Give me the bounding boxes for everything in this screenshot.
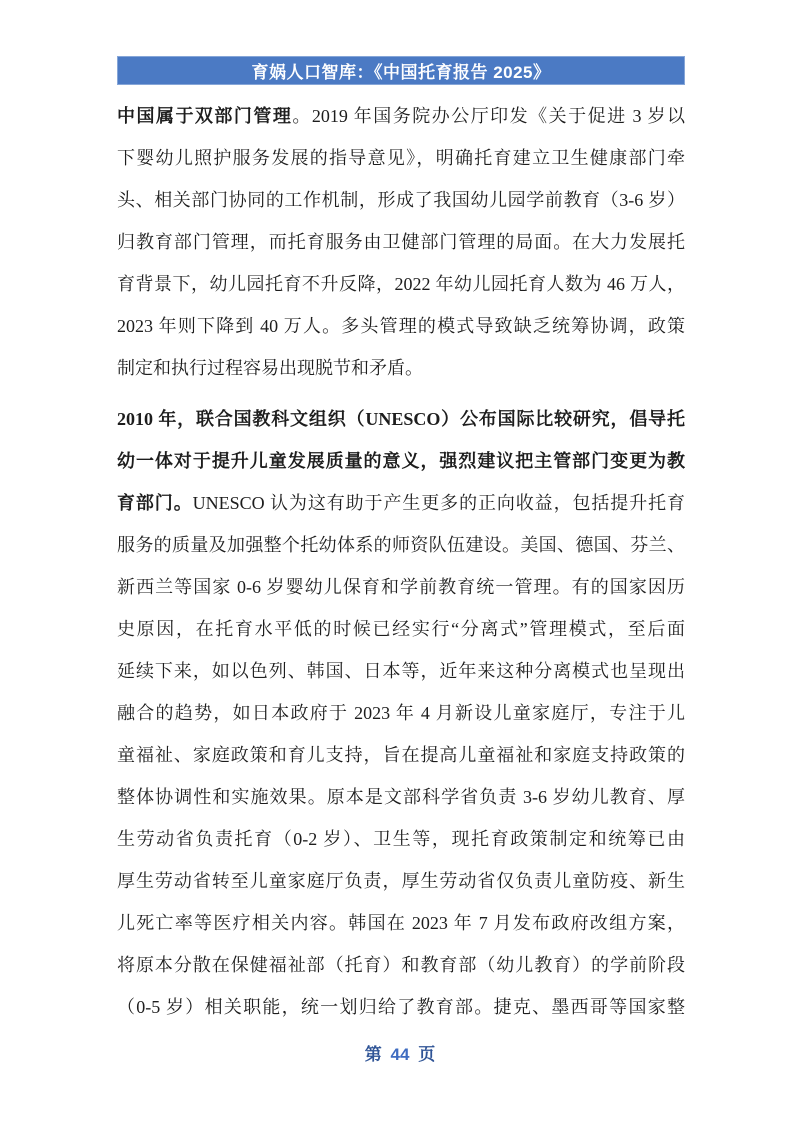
page-number: 44: [391, 1045, 410, 1064]
text-segment: 厚生劳动省转至儿童家庭厅负责，厚生劳动省仅负责儿童防疫、新生: [117, 871, 685, 891]
text-segment: 制定和执行过程容易出现脱节和矛盾。: [117, 358, 423, 378]
text-line: 将原本分散在保健福祉部（托育）和教育部（幼儿教育）的学前阶段: [117, 944, 685, 986]
text-line: 儿死亡率等医疗相关内容。韩国在 2023 年 7 月发布政府改组方案，: [117, 902, 685, 944]
text-segment: 头、相关部门协同的工作机制，形成了我国幼儿园学前教育（3-6 岁）: [117, 190, 685, 210]
paragraph: 2010 年，联合国教科文组织（UNESCO）公布国际比较研究，倡导托幼一体对于…: [117, 398, 685, 1028]
text-line: 童福祉、家庭政策和育儿支持，旨在提高儿童福祉和家庭支持政策的: [117, 734, 685, 776]
text-segment: 2023 年则下降到 40 万人。多头管理的模式导致缺乏统筹协调，政策: [117, 316, 685, 336]
bold-text-segment: 幼一体对于提升儿童发展质量的意义，强烈建议把主管部门变更为教: [117, 451, 685, 471]
text-line: 融合的趋势，如日本政府于 2023 年 4 月新设儿童家庭厅，专注于儿: [117, 692, 685, 734]
text-segment: 融合的趋势，如日本政府于 2023 年 4 月新设儿童家庭厅，专注于儿: [117, 703, 685, 723]
text-line: 头、相关部门协同的工作机制，形成了我国幼儿园学前教育（3-6 岁）: [117, 179, 685, 221]
text-segment: 下婴幼儿照护服务发展的指导意见》，明确托育建立卫生健康部门牵: [117, 148, 685, 168]
text-line: 下婴幼儿照护服务发展的指导意见》，明确托育建立卫生健康部门牵: [117, 137, 685, 179]
text-segment: 儿死亡率等医疗相关内容。韩国在 2023 年 7 月发布政府改组方案，: [117, 913, 685, 933]
text-line: 厚生劳动省转至儿童家庭厅负责，厚生劳动省仅负责儿童防疫、新生: [117, 860, 685, 902]
text-line: （0-5 岁）相关职能，统一划归给了教育部。捷克、墨西哥等国家整: [117, 986, 685, 1028]
text-line: 生劳动省负责托育（0-2 岁）、卫生等，现托育政策制定和统筹已由: [117, 818, 685, 860]
text-line: 幼一体对于提升儿童发展质量的意义，强烈建议把主管部门变更为教: [117, 440, 685, 482]
text-line: 育背景下，幼儿园托育不升反降，2022 年幼儿园托育人数为 46 万人，: [117, 263, 685, 305]
report-header-banner: 育娲人口智库：《中国托育报告 2025》: [117, 56, 685, 85]
bold-text-segment: 2010 年，联合国教科文组织（UNESCO）公布国际比较研究，倡导托: [117, 409, 685, 429]
page-number-prefix: 第: [365, 1045, 382, 1064]
text-segment: 服务的质量及加强整个托幼体系的师资队伍建设。美国、德国、芬兰、: [117, 535, 685, 555]
text-line: 史原因，在托育水平低的时候已经实行“分离式”管理模式，至后面: [117, 608, 685, 650]
text-line: 2010 年，联合国教科文组织（UNESCO）公布国际比较研究，倡导托: [117, 398, 685, 440]
text-segment: （0-5 岁）相关职能，统一划归给了教育部。捷克、墨西哥等国家整: [117, 997, 685, 1017]
text-line: 归教育部门管理，而托育服务由卫健部门管理的局面。在大力发展托: [117, 221, 685, 263]
text-segment: 童福祉、家庭政策和育儿支持，旨在提高儿童福祉和家庭支持政策的: [117, 745, 685, 765]
text-line: 新西兰等国家 0-6 岁婴幼儿保育和学前教育统一管理。有的国家因历: [117, 566, 685, 608]
text-segment: 史原因，在托育水平低的时候已经实行“分离式”管理模式，至后面: [117, 619, 685, 639]
bold-text-segment: 育部门。: [117, 493, 193, 513]
text-segment: 将原本分散在保健福祉部（托育）和教育部（幼儿教育）的学前阶段: [117, 955, 685, 975]
text-segment: 新西兰等国家 0-6 岁婴幼儿保育和学前教育统一管理。有的国家因历: [117, 577, 685, 597]
text-line: 2023 年则下降到 40 万人。多头管理的模式导致缺乏统筹协调，政策: [117, 305, 685, 347]
text-line: 中国属于双部门管理。2019 年国务院办公厅印发《关于促进 3 岁以: [117, 95, 685, 137]
text-line: 延续下来，如以色列、韩国、日本等，近年来这种分离模式也呈现出: [117, 650, 685, 692]
document-page: 育娲人口智库：《中国托育报告 2025》 中国属于双部门管理。2019 年国务院…: [0, 0, 800, 1131]
text-segment: 整体协调性和实施效果。原本是文部科学省负责 3-6 岁幼儿教育、厚: [117, 787, 685, 807]
text-segment: UNESCO 认为这有助于产生更多的正向收益，包括提升托育: [193, 493, 685, 513]
text-segment: 归教育部门管理，而托育服务由卫健部门管理的局面。在大力发展托: [117, 232, 685, 252]
bold-text-segment: 中国属于双部门管理: [117, 106, 292, 126]
text-segment: 生劳动省负责托育（0-2 岁）、卫生等，现托育政策制定和统筹已由: [117, 829, 685, 849]
document-body: 中国属于双部门管理。2019 年国务院办公厅印发《关于促进 3 岁以下婴幼儿照护…: [117, 95, 685, 1028]
text-segment: 延续下来，如以色列、韩国、日本等，近年来这种分离模式也呈现出: [117, 661, 685, 681]
text-segment: 。2019 年国务院办公厅印发《关于促进 3 岁以: [292, 106, 685, 126]
page-number-suffix: 页: [418, 1045, 435, 1064]
text-line: 制定和执行过程容易出现脱节和矛盾。: [117, 347, 685, 389]
text-line: 育部门。UNESCO 认为这有助于产生更多的正向收益，包括提升托育: [117, 482, 685, 524]
paragraph: 中国属于双部门管理。2019 年国务院办公厅印发《关于促进 3 岁以下婴幼儿照护…: [117, 95, 685, 389]
page-footer: 第 44 页: [0, 1040, 800, 1065]
text-segment: 育背景下，幼儿园托育不升反降，2022 年幼儿园托育人数为 46 万人，: [117, 274, 685, 294]
text-line: 整体协调性和实施效果。原本是文部科学省负责 3-6 岁幼儿教育、厚: [117, 776, 685, 818]
text-line: 服务的质量及加强整个托幼体系的师资队伍建设。美国、德国、芬兰、: [117, 524, 685, 566]
